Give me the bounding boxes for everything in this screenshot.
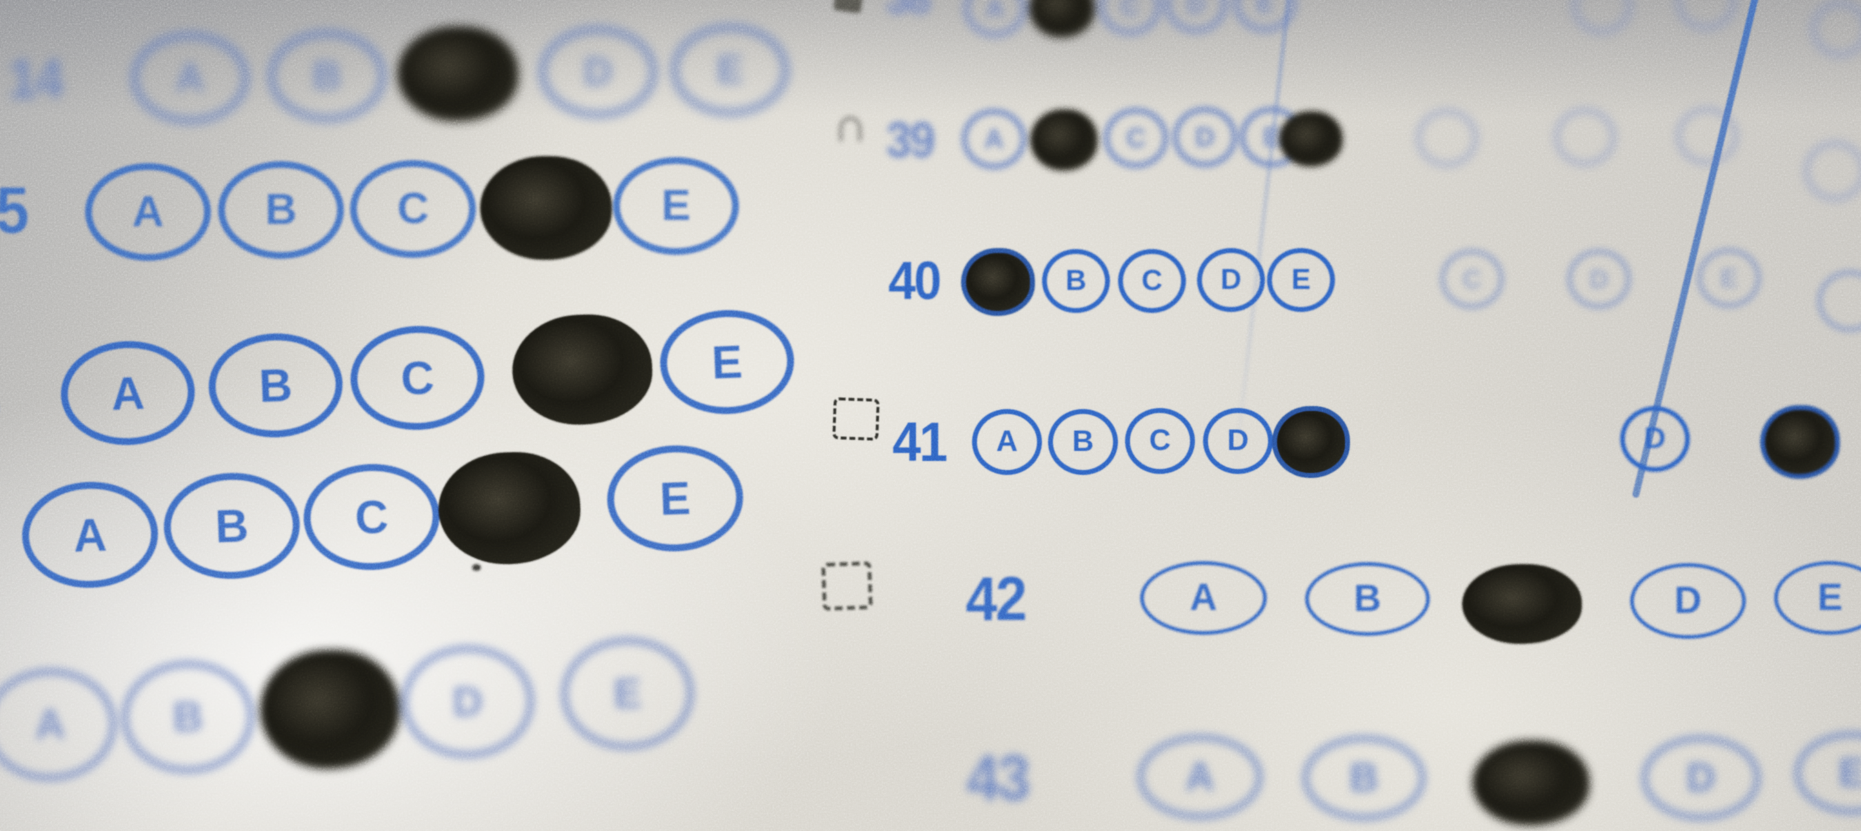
bubble-option-a: A — [1138, 735, 1262, 819]
question-row-15: 5 A B C E — [0, 0, 1861, 831]
bubble-option-e: E — [1267, 248, 1335, 312]
filled-bubble-c — [397, 26, 519, 122]
bubble-option-a: A — [20, 480, 160, 591]
filled-bubble-e — [1272, 406, 1350, 478]
question-row-38: 38 A C D E — [0, 0, 1861, 831]
bubble-option-b: B — [1305, 562, 1430, 636]
bubble-option-e: E — [1774, 561, 1861, 635]
bubble-option-b: B — [207, 331, 345, 440]
bubble-option-b: B — [1042, 249, 1110, 313]
bubble-option-e: E — [613, 157, 739, 255]
bubble-option-c: C — [302, 462, 442, 573]
bubble-option-a: A — [59, 339, 197, 448]
question-number: 42 — [966, 564, 1026, 635]
bubble-option-b: B — [120, 659, 255, 774]
filled-bubble-e — [1760, 405, 1840, 479]
question-row-39: 39 A C D E — [0, 0, 1861, 831]
question-number: 6 — [0, 362, 1, 439]
bubble-option-c: C — [1118, 249, 1186, 313]
question-row-41: 41 A B C D — [0, 0, 1861, 831]
bubble-option-e: E — [671, 24, 789, 116]
bubble-option-c: C — [350, 160, 476, 258]
bubble-option-b: B — [1303, 736, 1425, 820]
bubble-option-c: C — [349, 323, 487, 432]
bubble-option-a: A — [1140, 561, 1267, 635]
filled-bubble-c — [1472, 740, 1590, 826]
bubble-partial — [1817, 270, 1861, 332]
filled-bubble-b — [1030, 109, 1098, 171]
bubble-option-a: A — [972, 409, 1042, 475]
bubble-option-b: B — [268, 30, 386, 122]
bubble-option-e: E — [1697, 248, 1761, 308]
bubble-option-d: D — [1165, 0, 1227, 33]
bubble-option-e: E — [1795, 732, 1861, 814]
stray-pencil-mark — [1279, 111, 1343, 167]
bubble-option-c: C — [1125, 408, 1195, 474]
paper-texture — [0, 0, 1861, 831]
bubble-partial — [1554, 108, 1616, 166]
bubble-partial — [1676, 0, 1736, 30]
question-number: 5 — [0, 172, 27, 248]
column-divider-line — [1632, 0, 1760, 498]
bubble-option-d: D — [1173, 107, 1237, 167]
bubble-partial — [1572, 0, 1632, 34]
question-row-16: 6 A B C E — [0, 0, 1861, 831]
filled-bubble-d — [510, 312, 654, 427]
question-number: 39 — [886, 111, 933, 169]
bubble-option-c: C — [1440, 249, 1504, 309]
bubble-option-a: A — [964, 0, 1026, 37]
question-number: 40 — [888, 250, 940, 312]
question-row-17: A B C E — [0, 0, 1861, 831]
bubble-partial — [1804, 141, 1861, 201]
bubble-option-e: E — [560, 636, 695, 751]
dashed-square-mark-icon — [832, 397, 879, 441]
photo-vignette — [0, 0, 1861, 831]
question-row-42: 42 A B D E — [0, 0, 1861, 831]
edge-column-row-39 — [0, 0, 1861, 831]
filled-bubble-a — [961, 248, 1035, 316]
bubble-option-c: C — [1104, 108, 1168, 168]
bubble-option-c: C — [1099, 0, 1161, 35]
question-row-43: 43 A B D E — [0, 0, 1861, 831]
filled-bubble-d — [436, 450, 582, 567]
bubble-option-a: A — [0, 667, 118, 782]
filled-bubble-d — [480, 156, 612, 260]
question-row-18: A B D E — [0, 0, 1861, 831]
scantron-photo: 14 A B D E 5 A B C E 6 A B C E A B C E A… — [0, 0, 1861, 831]
column-divider-line-faint — [1217, 0, 1291, 611]
bubble-option-b: B — [218, 161, 344, 259]
bubble-option-a: A — [85, 163, 211, 261]
filled-bubble-b — [1029, 0, 1095, 38]
dashed-square-mark-icon — [821, 561, 873, 611]
bubble-option-d: D — [1567, 249, 1631, 309]
question-number: 43 — [967, 741, 1029, 815]
bubble-option-b: B — [1048, 409, 1118, 475]
question-row-40: 40 B C D E — [0, 0, 1861, 831]
bubble-option-e: E — [605, 443, 745, 554]
bubble-option-d: D — [1630, 563, 1746, 639]
cross-mark-icon — [833, 0, 863, 14]
question-number: 38 — [886, 0, 929, 24]
bubble-option-b: B — [162, 471, 302, 582]
edge-column-row-40: C D E — [0, 0, 1861, 831]
edge-column-row-38 — [0, 0, 1861, 831]
bubble-option-d: D — [1642, 736, 1760, 820]
pencil-speck — [472, 564, 481, 571]
bubble-option-d: D — [539, 26, 657, 118]
bubble-option-d: D — [400, 644, 535, 759]
filled-bubble-c — [1462, 564, 1582, 644]
bubble-partial — [1416, 109, 1478, 167]
question-number: 41 — [892, 409, 946, 474]
filled-bubble-c — [258, 648, 401, 772]
edge-column-row-41: D — [0, 0, 1861, 831]
question-row-14: 14 A B D E — [0, 0, 1861, 831]
bubble-option-e: E — [658, 308, 796, 417]
bubble-partial — [1811, 1, 1861, 57]
caret-mark-icon: ∩ — [833, 98, 868, 153]
bubble-option-a: A — [962, 109, 1026, 169]
question-number: 14 — [8, 46, 62, 111]
bubble-option-a: A — [131, 32, 249, 124]
